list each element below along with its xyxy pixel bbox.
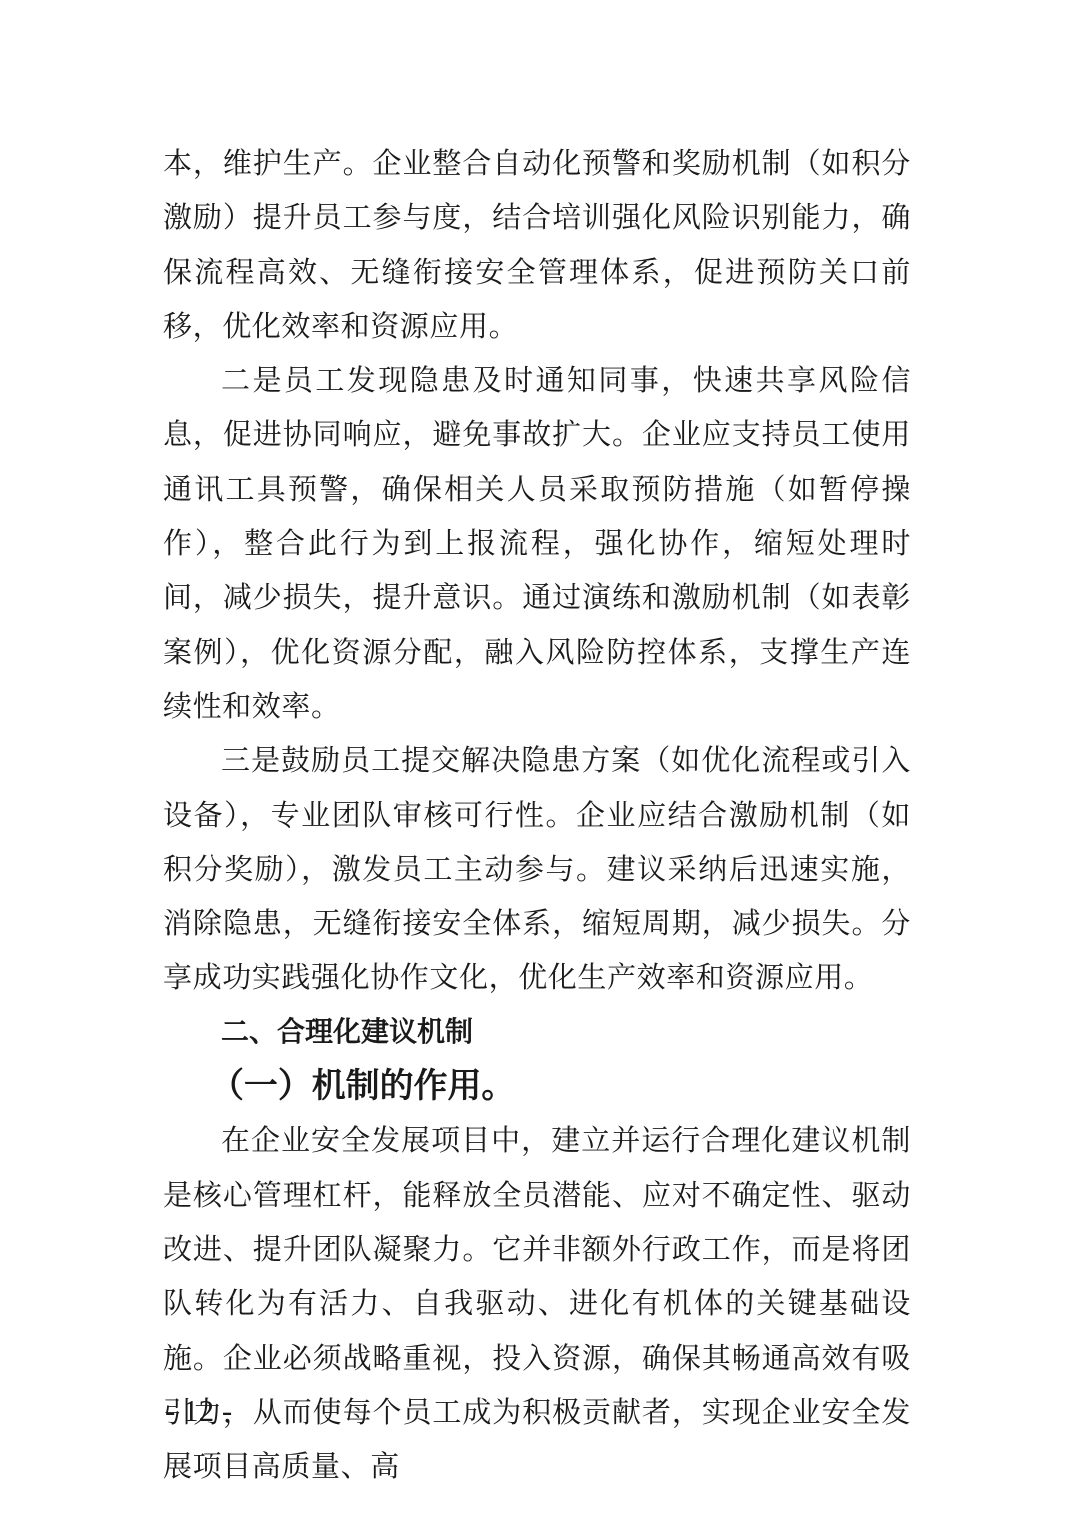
paragraph-continuation: 本，维护生产。企业整合自动化预警和奖励机制（如积分激励）提升员工参与度，结合培训… <box>163 136 911 353</box>
paragraph-point-three: 三是鼓励员工提交解决隐患方案（如优化流程或引入设备），专业团队审核可行性。企业应… <box>163 733 911 1004</box>
paragraph-point-two: 二是员工发现隐患及时通知同事，快速共享风险信息，促进协同响应，避免事故扩大。企业… <box>163 353 911 733</box>
page-number: - 12 - <box>165 1393 232 1429</box>
subsection-heading: （一）机制的作用。 <box>163 1059 911 1113</box>
document-page: 本，维护生产。企业整合自动化预警和奖励机制（如积分激励）提升员工参与度，结合培训… <box>163 136 911 1493</box>
paragraph-mechanism-role: 在企业安全发展项目中，建立并运行合理化建议机制是核心管理杠杆，能释放全员潜能、应… <box>163 1113 911 1493</box>
section-heading: 二、合理化建议机制 <box>163 1005 911 1059</box>
